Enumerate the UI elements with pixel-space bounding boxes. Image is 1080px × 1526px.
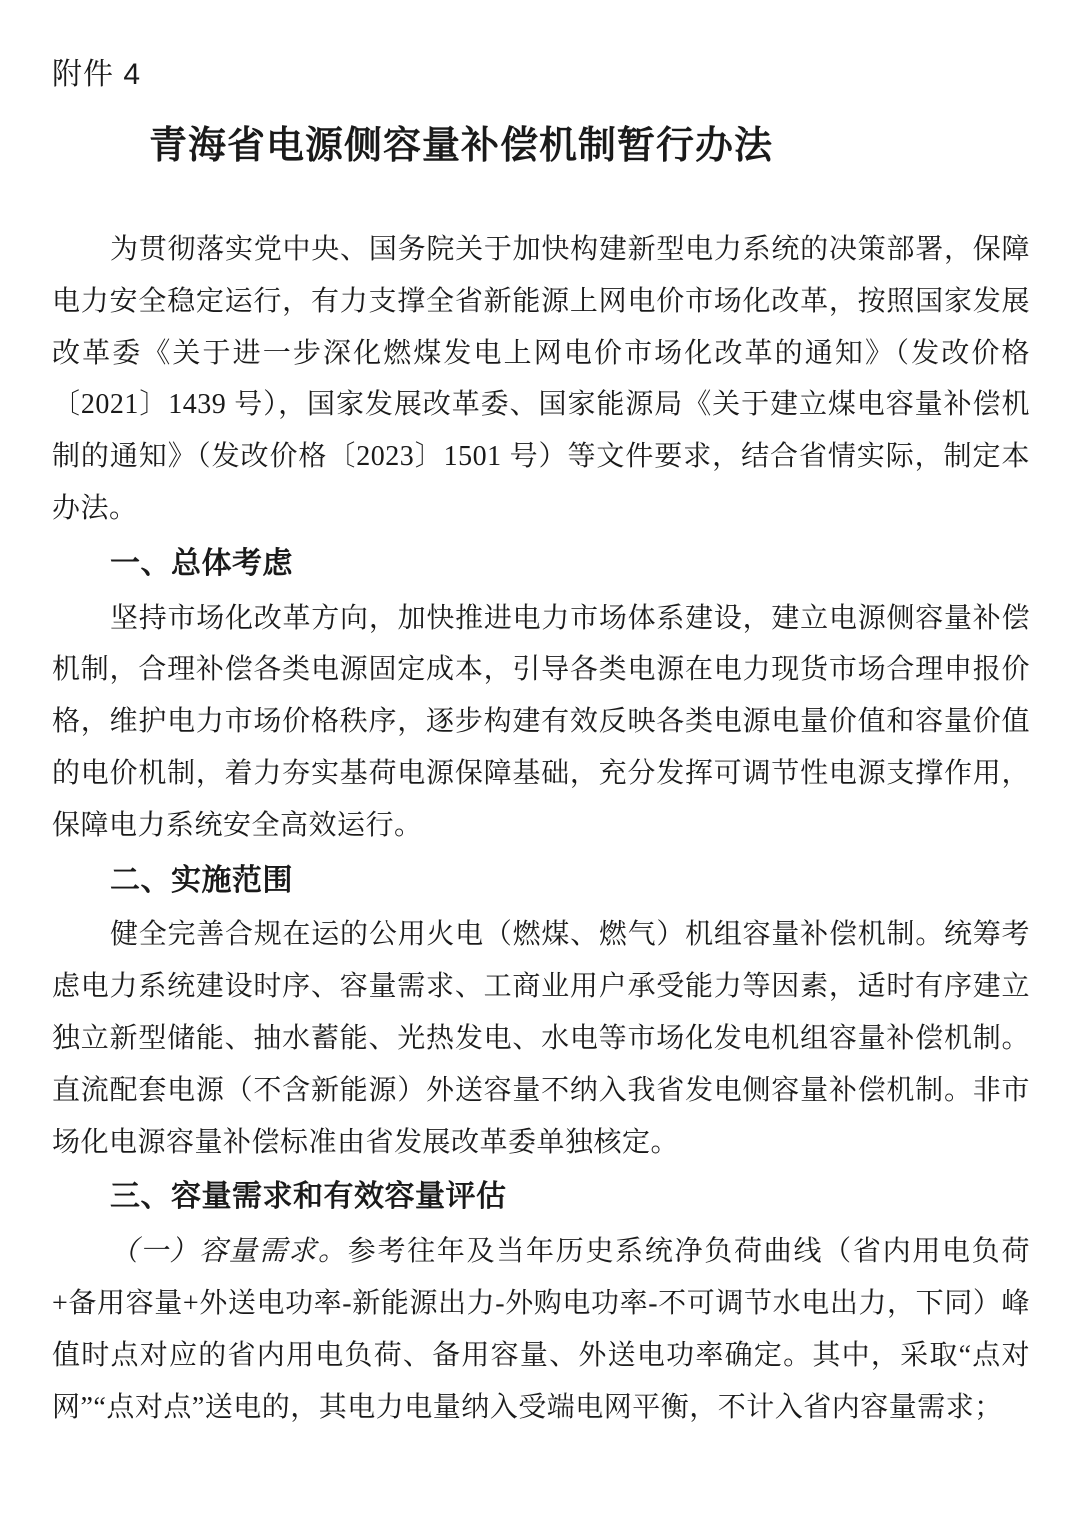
document-page: 附件 4 青海省电源侧容量补偿机制暂行办法 为贯彻落实党中央、国务院关于加快构建… [0,0,1080,1526]
section-heading-3: 三、容量需求和有效容量评估 [52,1171,1030,1223]
section-paragraph-2: 健全完善合规在运的公用火电（燃煤、燃气）机组容量补偿机制。统筹考虑电力系统建设时… [52,909,1030,1168]
annex-label: 附件 4 [52,56,1030,94]
section-heading-2: 二、实施范围 [52,855,1030,907]
subsection-lead-label: （一）容量需求。 [110,1236,348,1267]
section-heading-1: 一、总体考虑 [52,538,1030,590]
section-paragraph-1: 坚持市场化改革方向，加快推进电力市场体系建设，建立电源侧容量补偿机制，合理补偿各… [52,593,1030,852]
document-body: 为贯彻落实党中央、国务院关于加快构建新型电力系统的决策部署，保障电力安全稳定运行… [52,224,1030,1433]
section-paragraph-3: （一）容量需求。参考往年及当年历史系统净负荷曲线（省内用电负荷+备用容量+外送电… [52,1226,1030,1433]
intro-paragraph: 为贯彻落实党中央、国务院关于加快构建新型电力系统的决策部署，保障电力安全稳定运行… [52,224,1030,535]
document-title: 青海省电源侧容量补偿机制暂行办法 [52,121,870,171]
